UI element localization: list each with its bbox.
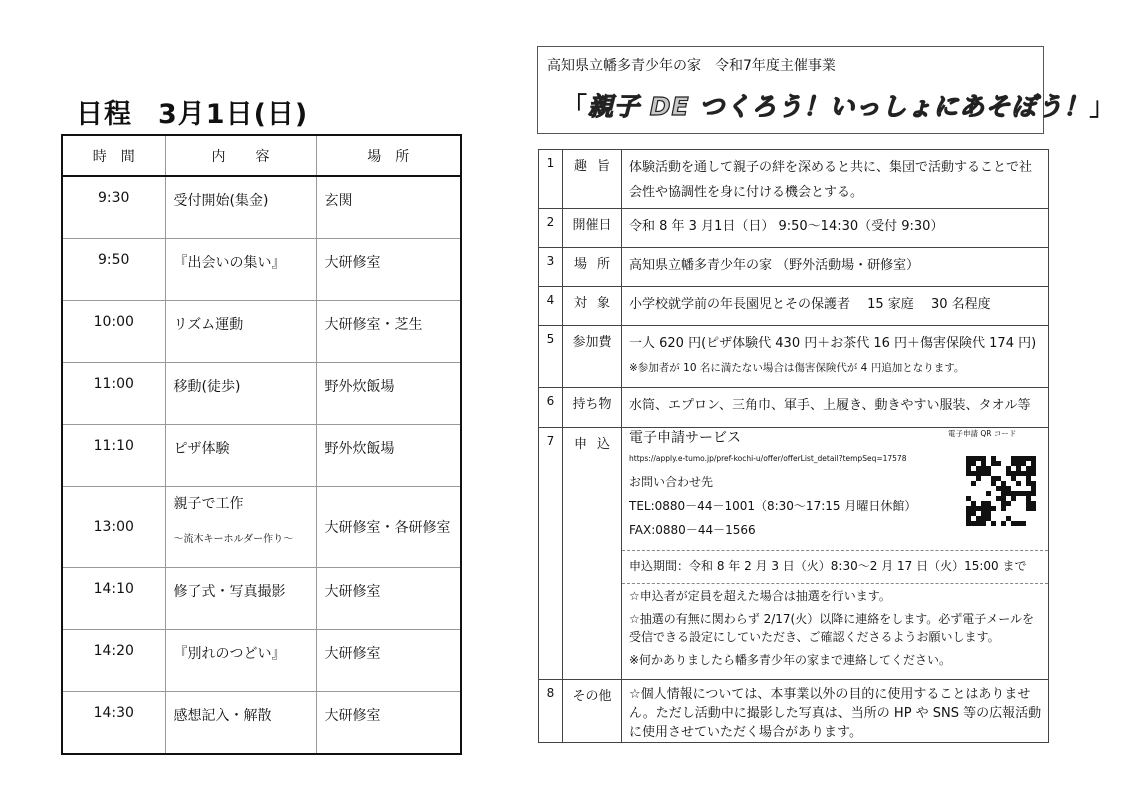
info-num: 7 <box>539 428 563 680</box>
schedule-activity: ピザ体験 <box>165 425 316 487</box>
info-row-target: 4 対象 小学校就学前の年長園児とその保護者 15 家庭 30 名程度 <box>539 287 1049 326</box>
info-content: 一人 620 円(ピザ体験代 430 円＋お茶代 16 円＋傷害保険代 174 … <box>622 326 1049 388</box>
schedule-title-label: 日程 <box>76 99 132 130</box>
event-info-table: 1 趣旨 体験活動を通して親子の絆を深めると共に、集団で活動することで社会性や協… <box>538 149 1049 743</box>
info-content: 令和 8 年 3 月1日（日） 9:50～14:30（受付 9:30） <box>622 209 1049 248</box>
schedule-place: 野外炊飯場 <box>316 425 461 487</box>
application-content: 電子申請サービス https://apply.e-tumo.jp/pref-ko… <box>622 428 1049 680</box>
schedule-activity: 『出会いの集い』 <box>165 239 316 301</box>
info-content: ☆個人情報については、本事業以外の目的に使用することはありません。ただし活動中に… <box>622 680 1049 743</box>
info-label: 場所 <box>563 248 622 287</box>
application-details: 電子申請サービス https://apply.e-tumo.jp/pref-ko… <box>629 428 1042 550</box>
schedule-time: 13:00 <box>62 487 165 568</box>
info-num: 6 <box>539 388 563 428</box>
info-num: 8 <box>539 680 563 743</box>
application-note: ※何かありましたら幡多青少年の家まで連絡してください。 <box>629 651 1042 669</box>
info-row-fee: 5 参加費 一人 620 円(ピザ体験代 430 円＋お茶代 16 円＋傷害保険… <box>539 326 1049 388</box>
qr-code-icon[interactable] <box>966 456 1036 526</box>
info-label: 対象 <box>563 287 622 326</box>
schedule-title-date: 3月1日(日) <box>158 99 308 130</box>
event-title: 「親子 DE つくろう！いっしょにあそぼう！」 <box>562 87 1115 123</box>
info-row-venue: 3 場所 高知県立幡多青少年の家 （野外活動場・研修室） <box>539 248 1049 287</box>
schedule-time: 14:30 <box>62 692 165 755</box>
schedule-row: 13:00 親子で工作 ～流木キーホルダー作り～ 大研修室・各研修室 <box>62 487 461 568</box>
schedule-place: 大研修室・芝生 <box>316 301 461 363</box>
schedule-time: 10:00 <box>62 301 165 363</box>
event-title-open-bracket: 「 <box>562 92 588 121</box>
schedule-row: 11:00 移動(徒歩) 野外炊飯場 <box>62 363 461 425</box>
schedule-row: 14:10 修了式・写真撮影 大研修室 <box>62 568 461 630</box>
info-label: 参加費 <box>563 326 622 388</box>
schedule-title: 日程3月1日(日) <box>76 92 308 131</box>
event-header-box: 高知県立幡多青少年の家 令和7年度主催事業 「親子 DE つくろう！いっしょにあ… <box>537 46 1044 134</box>
schedule-activity: 親子で工作 ～流木キーホルダー作り～ <box>165 487 316 568</box>
info-label: 持ち物 <box>563 388 622 428</box>
fee-note: ※参加者が 10 名に満たない場合は傷害保険代が 4 円追加となります。 <box>629 356 1042 381</box>
schedule-place: 大研修室 <box>316 630 461 692</box>
schedule-row: 14:20 『別れのつどい』 大研修室 <box>62 630 461 692</box>
info-label: 趣旨 <box>563 150 622 209</box>
header-time: 時間 <box>62 135 165 176</box>
header-place: 場所 <box>316 135 461 176</box>
schedule-activity-sub: ～流木キーホルダー作り～ <box>174 530 316 545</box>
schedule-activity: 『別れのつどい』 <box>165 630 316 692</box>
schedule-time: 9:50 <box>62 239 165 301</box>
event-title-close-bracket: 」 <box>1089 92 1115 121</box>
organization-line: 高知県立幡多青少年の家 令和7年度主催事業 <box>547 55 836 75</box>
schedule-activity: 移動(徒歩) <box>165 363 316 425</box>
info-content: 水筒、エプロン、三角巾、軍手、上履き、動きやすい服装、タオル等 <box>622 388 1049 428</box>
schedule-activity: リズム運動 <box>165 301 316 363</box>
info-row-application: 7 申込 電子申請サービス https://apply.e-tumo.jp/pr… <box>539 428 1049 680</box>
info-label: その他 <box>563 680 622 743</box>
qr-code-block: 電子申請 QR コード <box>942 428 1038 526</box>
info-row-other: 8 その他 ☆個人情報については、本事業以外の目的に使用することはありません。た… <box>539 680 1049 743</box>
schedule-activity: 感想記入・解散 <box>165 692 316 755</box>
header-activity: 内容 <box>165 135 316 176</box>
schedule-time: 9:30 <box>62 176 165 239</box>
schedule-row: 14:30 感想記入・解散 大研修室 <box>62 692 461 755</box>
schedule-place: 大研修室 <box>316 568 461 630</box>
info-label: 申込 <box>563 428 622 680</box>
info-content: 小学校就学前の年長園児とその保護者 15 家庭 30 名程度 <box>622 287 1049 326</box>
schedule-place: 大研修室 <box>316 239 461 301</box>
schedule-place: 野外炊飯場 <box>316 363 461 425</box>
schedule-table: 時間 内容 場所 9:30 受付開始(集金) 玄関 9:50 『出会いの集い』 … <box>61 134 462 755</box>
application-period: 申込期間：令和 8 年 2 月 3 日（火）8:30～2 月 17 日（火）15… <box>629 551 1042 583</box>
schedule-time: 11:10 <box>62 425 165 487</box>
application-note: ☆申込者が定員を超えた場合は抽選を行います。 <box>629 587 1042 605</box>
info-num: 3 <box>539 248 563 287</box>
info-num: 5 <box>539 326 563 388</box>
schedule-activity: 修了式・写真撮影 <box>165 568 316 630</box>
schedule-place: 玄関 <box>316 176 461 239</box>
schedule-time: 11:00 <box>62 363 165 425</box>
schedule-time: 14:10 <box>62 568 165 630</box>
application-note: ☆抽選の有無に関わらず 2/17(火）以降に連絡をします。必ず電子メールを受信で… <box>629 610 1042 646</box>
schedule-place: 大研修室 <box>316 692 461 755</box>
info-num: 1 <box>539 150 563 209</box>
qr-code-label: 電子申請 QR コード <box>942 428 1038 440</box>
schedule-place: 大研修室・各研修室 <box>316 487 461 568</box>
info-content: 高知県立幡多青少年の家 （野外活動場・研修室） <box>622 248 1049 287</box>
info-content: 体験活動を通して親子の絆を深めると共に、集団で活動することで社会性や協調性を身に… <box>622 150 1049 209</box>
application-notes: ☆申込者が定員を超えた場合は抽選を行います。 ☆抽選の有無に関わらず 2/17(… <box>629 584 1042 679</box>
schedule-activity: 受付開始(集金) <box>165 176 316 239</box>
info-num: 4 <box>539 287 563 326</box>
schedule-row: 9:50 『出会いの集い』 大研修室 <box>62 239 461 301</box>
event-title-text: 親子 DE つくろう！いっしょにあそぼう！ <box>588 92 1089 121</box>
info-num: 2 <box>539 209 563 248</box>
schedule-header-row: 時間 内容 場所 <box>62 135 461 176</box>
info-row-purpose: 1 趣旨 体験活動を通して親子の絆を深めると共に、集団で活動することで社会性や協… <box>539 150 1049 209</box>
fee-amount: 一人 620 円(ピザ体験代 430 円＋お茶代 16 円＋傷害保険代 174 … <box>629 331 1042 356</box>
schedule-row: 11:10 ピザ体験 野外炊飯場 <box>62 425 461 487</box>
info-row-date: 2 開催日 令和 8 年 3 月1日（日） 9:50～14:30（受付 9:30… <box>539 209 1049 248</box>
info-row-belongings: 6 持ち物 水筒、エプロン、三角巾、軍手、上履き、動きやすい服装、タオル等 <box>539 388 1049 428</box>
schedule-row: 9:30 受付開始(集金) 玄関 <box>62 176 461 239</box>
schedule-activity-main: 親子で工作 <box>174 496 244 512</box>
schedule-time: 14:20 <box>62 630 165 692</box>
schedule-row: 10:00 リズム運動 大研修室・芝生 <box>62 301 461 363</box>
info-label: 開催日 <box>563 209 622 248</box>
